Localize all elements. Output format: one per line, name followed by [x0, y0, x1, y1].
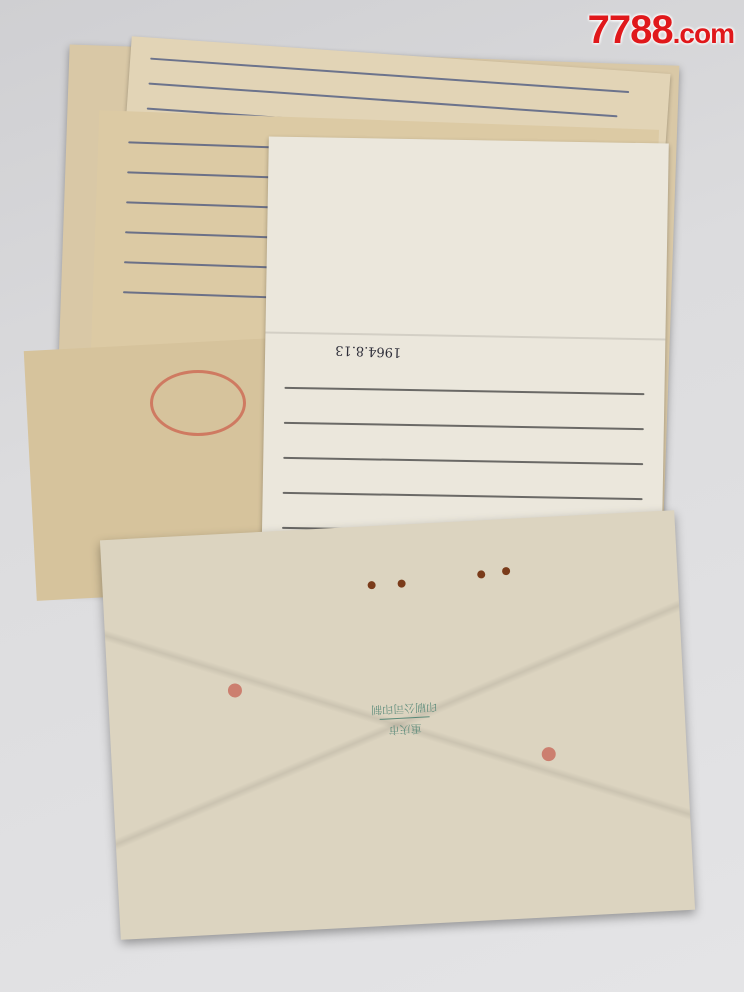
- fold-crease: [265, 332, 665, 341]
- red-seal-stamp: [150, 370, 246, 436]
- site-watermark: 7788.com: [588, 8, 734, 53]
- date-line: 1964.8.13: [335, 342, 402, 359]
- stamp-printer: 印刷公司印制: [359, 697, 450, 718]
- watermark-brand: 7788: [588, 8, 673, 52]
- watermark-suffix: .com: [673, 18, 734, 49]
- printer-stamp: 重庆市 印刷公司印制: [359, 697, 451, 739]
- envelope-back: 重庆市 印刷公司印制: [100, 510, 695, 940]
